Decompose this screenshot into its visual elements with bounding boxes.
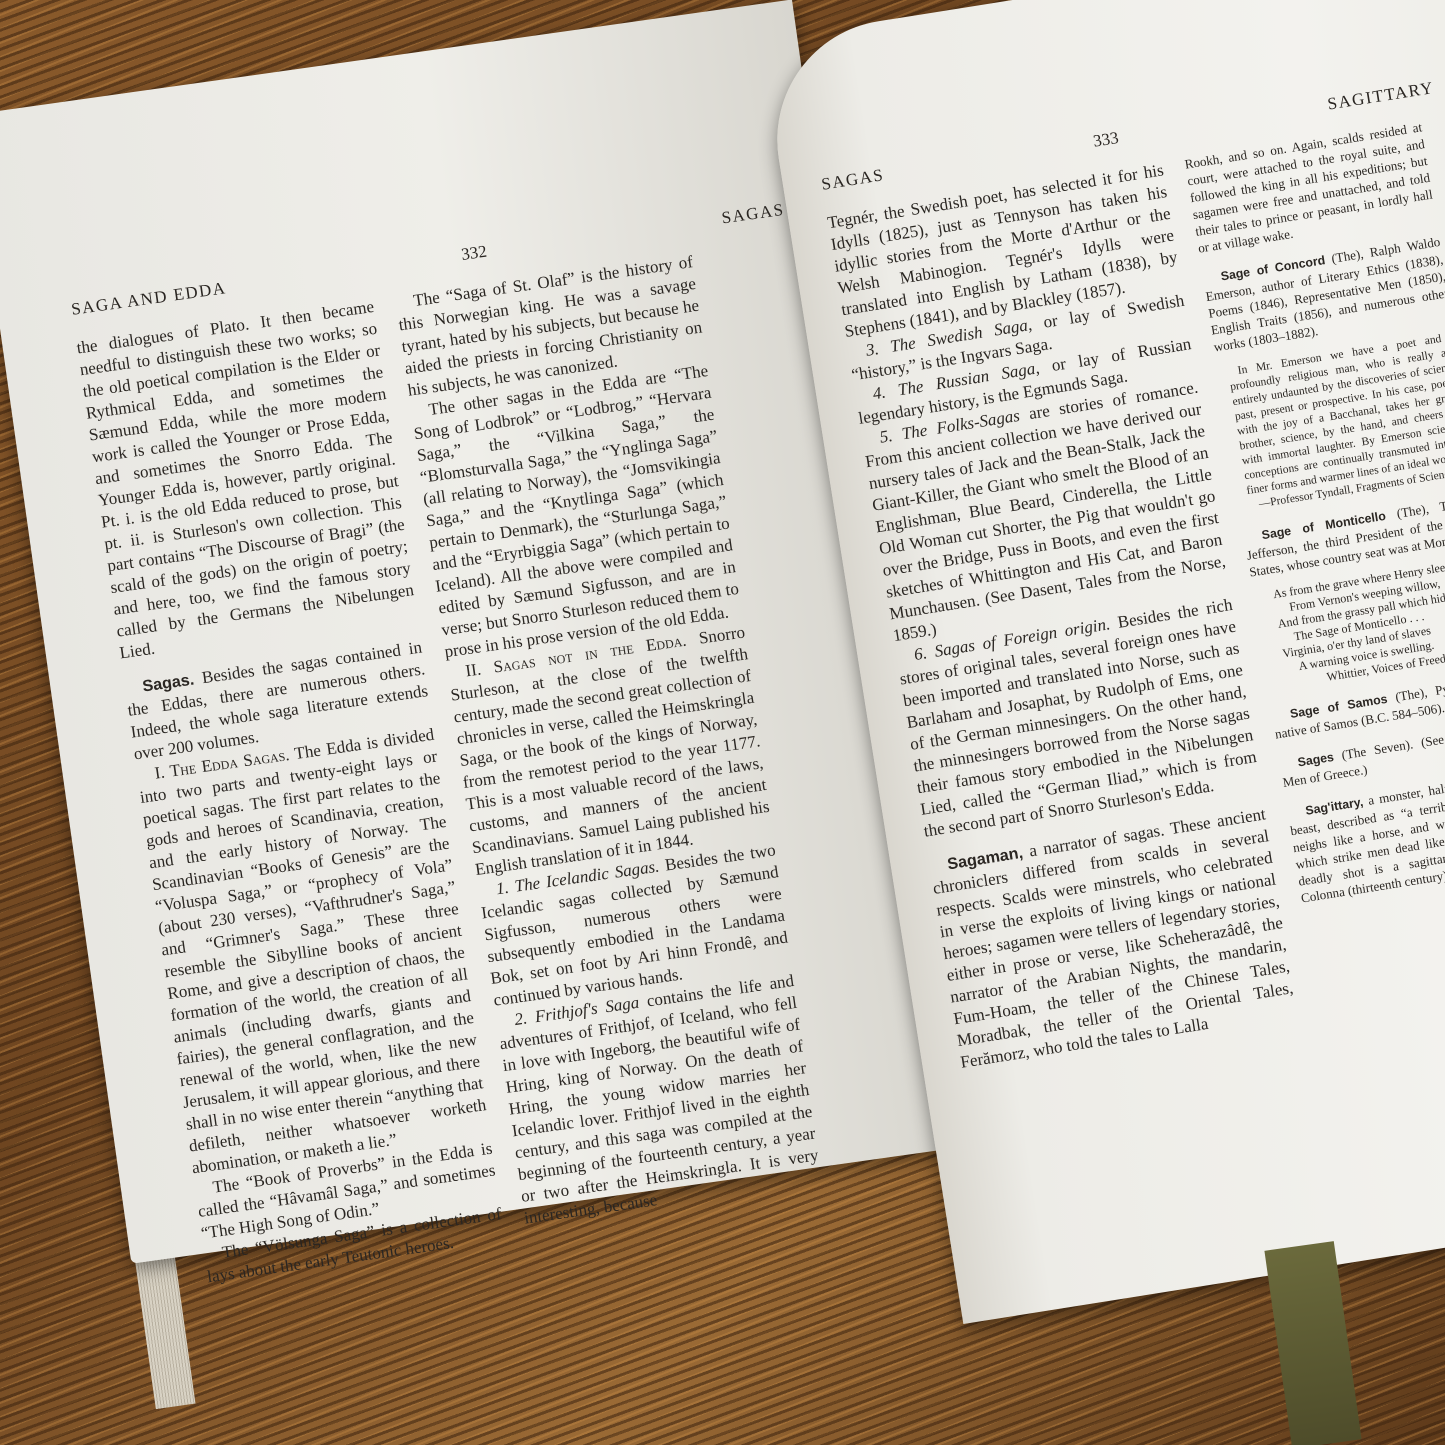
paragraph: Rookh, and so on. Again, scalds resided … bbox=[1183, 118, 1436, 256]
quotation: In Mr. Emerson we have a poet and a prof… bbox=[1227, 330, 1445, 514]
paragraph: the dialogues of Plato. It then became n… bbox=[75, 296, 418, 665]
headword: Sages bbox=[1297, 750, 1335, 770]
page-number: 333 bbox=[1092, 128, 1120, 152]
bookmark-ribbon bbox=[1264, 1241, 1361, 1445]
left-page-content: SAGA AND EDDA 332 SAGAS the dialogues of… bbox=[70, 200, 922, 1288]
paragraph: The other sagas in the Edda are “The Son… bbox=[409, 360, 743, 663]
not-in-edda-section: II. Sagas not in the Edda. Snorro Sturle… bbox=[446, 621, 774, 881]
edda-sagas-section: I. The Edda Sagas. The Edda is divided i… bbox=[135, 724, 490, 1180]
frithjofs-saga: 2. Frithjof's Saga contains the life and… bbox=[495, 970, 823, 1230]
entry-sagittary: Sag'ittary, a monster, half man and half… bbox=[1286, 767, 1445, 906]
page-number: 332 bbox=[460, 242, 488, 265]
verse-quotation: As from the grave where Henry sleeps, Fr… bbox=[1272, 553, 1445, 691]
